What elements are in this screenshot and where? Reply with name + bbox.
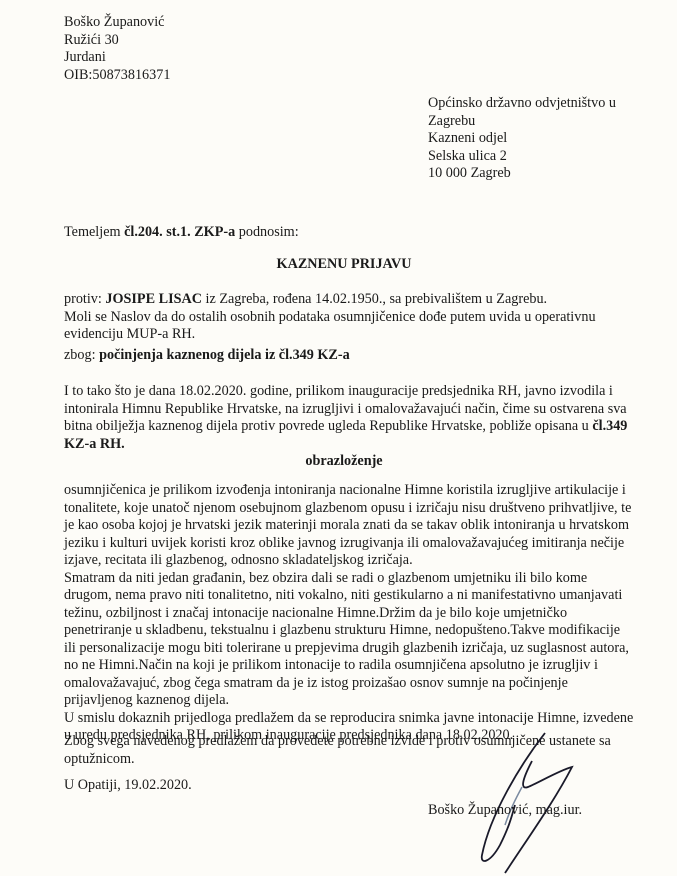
- facts-paragraph: I to tako što je dana 18.02.2020. godine…: [64, 383, 624, 453]
- document-title: KAZNENU PRIJAVU: [64, 256, 624, 274]
- body-line: osumnjičenica je prilikom izvođenja into…: [64, 482, 624, 500]
- reason-line: zbog: počinjenja kaznenog dijela iz čl.3…: [64, 347, 624, 365]
- recipient-line: Zagrebu: [428, 113, 616, 131]
- body-line: izjave, recitata ili glazbenog, odnosno …: [64, 552, 624, 570]
- body-line: ili personalizacije mogu biti tolerirane…: [64, 640, 624, 658]
- body-line: težinu, ozbiljnost i značaj intonacije n…: [64, 605, 624, 623]
- body-line: Smatram da niti jedan građanin, bez obzi…: [64, 570, 624, 588]
- body-line: no ne Himni.Način na koji je prilikom in…: [64, 657, 624, 675]
- sender-oib: OIB:50873816371: [64, 67, 170, 85]
- offence: počinjenja kaznenog dijela iz čl.349 KZ-…: [99, 347, 350, 363]
- body-line: drugom, nema pravo niti tonalitetno, nit…: [64, 587, 624, 605]
- sender-address: Boško Županović Ružići 30 Jurdani OIB:50…: [64, 14, 170, 84]
- body-line: penetriranje u skladbenu, tekstualnu i g…: [64, 622, 624, 640]
- body-line: prijavljenog kaznenog dijela.: [64, 692, 624, 710]
- recipient-line: Kazneni odjel: [428, 130, 616, 148]
- recipient-line: 10 000 Zagreb: [428, 165, 616, 183]
- sender-street: Ružići 30: [64, 32, 170, 50]
- recipient-line: Općinsko državno odvjetništvo u: [428, 95, 616, 113]
- recipient-line: Selska ulica 2: [428, 148, 616, 166]
- explanation-body: osumnjičenica je prilikom izvođenja into…: [64, 482, 624, 745]
- section-heading: obrazloženje: [64, 453, 624, 471]
- legal-reference: čl.204. st.1. ZKP-a: [124, 224, 235, 240]
- body-line: jeziku i kulturi uvijek koristi kroz obl…: [64, 535, 624, 553]
- signature-icon: [460, 725, 600, 875]
- signature-name: Boško Županović, mag.iur.: [428, 802, 582, 820]
- sender-name: Boško Županović: [64, 14, 170, 32]
- body-line: tonalitete, koje unatoč njenom osebujnom…: [64, 500, 624, 518]
- sender-city: Jurdani: [64, 49, 170, 67]
- intro-line: Temeljem čl.204. st.1. ZKP-a podnosim:: [64, 224, 624, 242]
- against-paragraph: protiv: JOSIPE LISAC iz Zagreba, rođena …: [64, 291, 624, 344]
- suspect-name: JOSIPE LISAC: [105, 291, 202, 307]
- recipient-address: Općinsko državno odvjetništvo u Zagrebu …: [428, 95, 616, 183]
- body-line: je kao osoba kojoj je hrvatski jezik mat…: [64, 517, 624, 535]
- body-line: omalovažavajuć, zbog čega smatram da je …: [64, 675, 624, 693]
